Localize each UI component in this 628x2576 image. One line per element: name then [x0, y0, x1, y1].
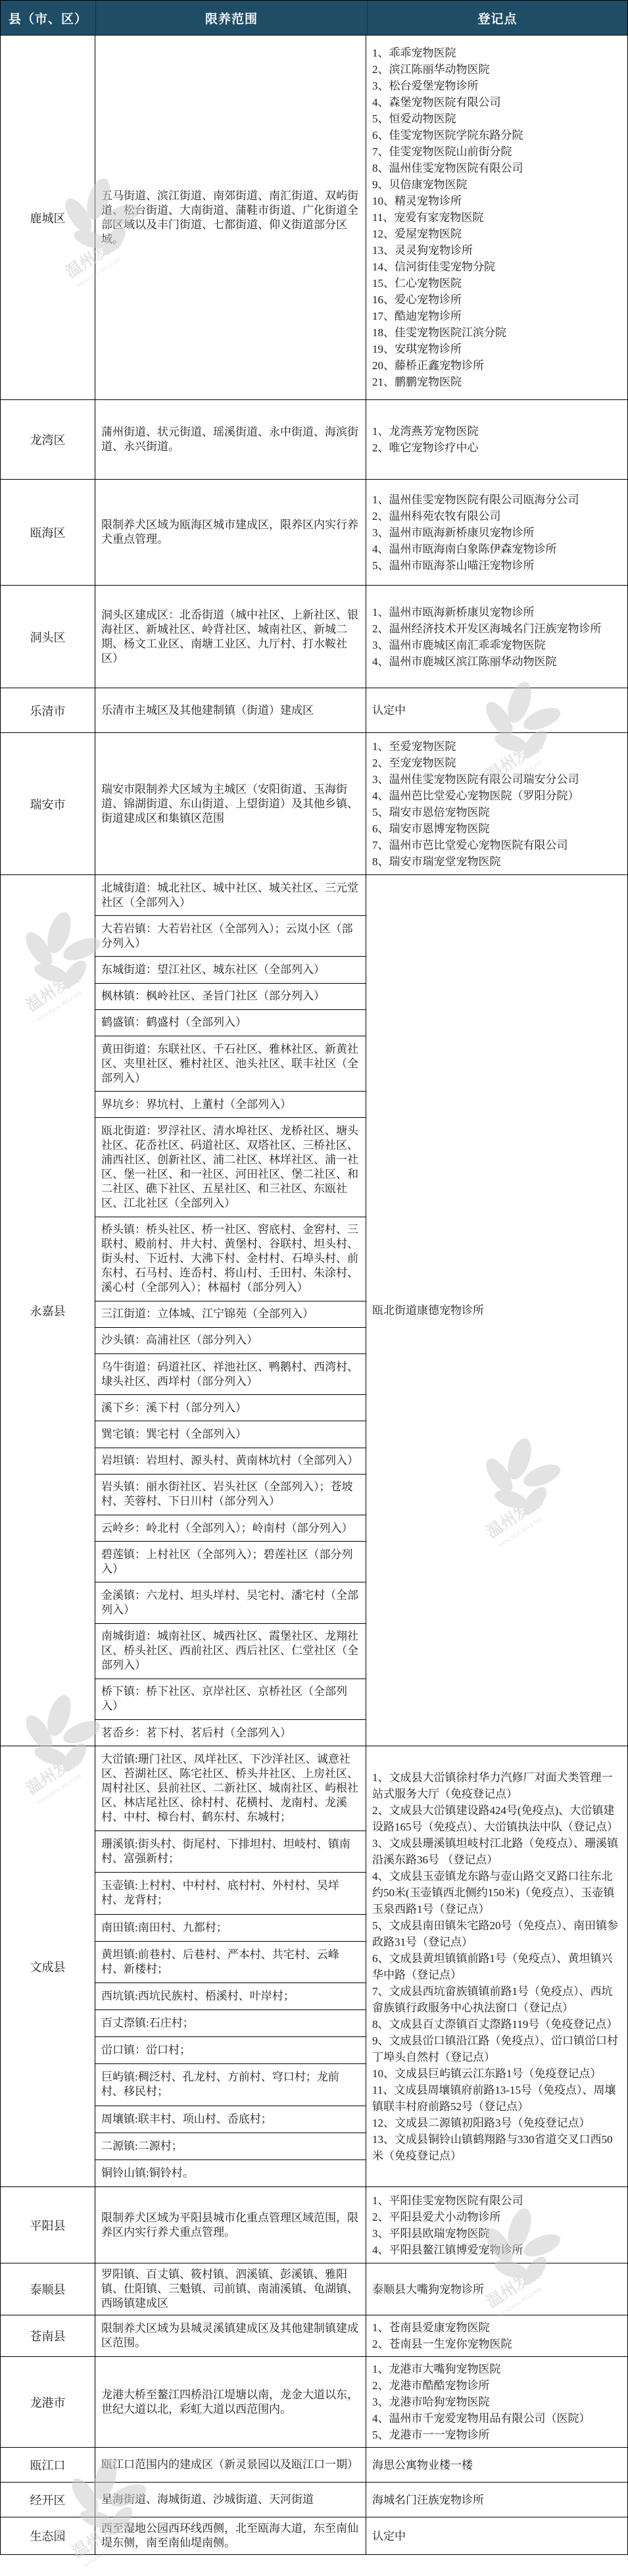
registration-point: 14、信河街佳雯宠物分院: [372, 259, 621, 275]
registration-point: 4、森堡宠物医院有限公司: [372, 94, 621, 111]
registration-point: 4、温州市鹿城区滨江陈丽华动物医院: [372, 653, 621, 670]
range-sub-text: 大若岩镇：大若岩社区（全部列入）；云岚小区（部分列入）: [101, 922, 360, 951]
registration-point: 18、佳雯宠物医院江滨分院: [372, 324, 621, 341]
registration-point: 10、精灵宠物诊所: [372, 193, 621, 209]
registration-point: 1、温州佳雯宠物医院有限公司瓯海分公司: [372, 492, 621, 508]
registration-point: 5、龙港市一一宠物诊所: [372, 2427, 621, 2443]
county-cell: 平阳县: [1, 2187, 95, 2263]
range-sub-text: 乌牛街道：码道社区、祥池社区、鸭鹅村、西湾村、埭头社区、西垟村（部分列入）: [101, 1360, 360, 1389]
points-cell: 1、龙湾燕芳宠物医院2、唯它宠物诊疗中心: [366, 400, 627, 479]
points-cell: 泰顺县大嘴狗宠物诊所: [366, 2263, 627, 2315]
registration-point: 4、平阳县鳌江镇博爱宠物诊所: [372, 2242, 621, 2258]
registration-point: 3、松台爱堡宠物诊所: [372, 78, 621, 94]
range-sub-cell: 黄坦镇:前巷村、后巷村、严本村、共宅村、云峰村、新楼村；: [95, 1942, 366, 1983]
range-cell: 北城街道：城北社区、城中社区、城关社区、三元堂社区（全部列入）大若岩镇：大若岩社…: [95, 875, 366, 1746]
range-sub-text: 桥下镇：桥下社区、京岸社区、京桥社区（全部列入）: [101, 1684, 360, 1713]
range-sub-text: 西坑镇:西坑民族村、梧溪村、叶岸村；: [101, 1989, 295, 2004]
registration-point: 3、龙港市哈狗宠物医院: [372, 2394, 621, 2410]
range-sub-cell: 西坑镇:西坑民族村、梧溪村、叶岸村；: [95, 1983, 366, 2010]
registration-point: 9、贝倍康宠物医院: [372, 176, 621, 193]
range-sub-text: 枫林镇：枫岭社区、圣旨门社区（部分列入）: [101, 989, 325, 1003]
range-text: 瓯江口范围内的建成区（新灵景园以及瓯江口一期）: [101, 2458, 360, 2472]
registration-point: 17、酷迪宠物诊所: [372, 308, 621, 324]
table-row: 鹿城区五马街道、滨江街道、南郊街道、南汇街道、双屿街道、松台街道、大南街道、蒲鞋…: [1, 36, 627, 400]
registration-point: 10、文成县巨屿镇云江东路1号（免疫登记点）: [372, 2065, 621, 2082]
range-sub-text: 北城街道：城北社区、城中社区、城关社区、三元堂社区（全部列入）: [101, 881, 360, 910]
range-sub-cell: 瓯北街道：罗浮社区、清水埠社区、龙桥社区、塘头社区、花岙社区、码道社区、双塔社区…: [95, 1118, 366, 1217]
registration-point: 认定中: [372, 702, 621, 719]
points-cell: 1、文成县大峃镇徐村华力汽修厂对面犬类管理一站式服务大厅（免疫登记点）2、文成县…: [366, 1746, 627, 2186]
table-row: 洞头区洞头区建成区：北岙街道（城中社区、上新社区、银海社区、新城社区、岭背社区、…: [1, 586, 627, 688]
range-text: 五马街道、滨江街道、南郊街道、南汇街道、双屿街道、松台街道、大南街道、蒲鞋市街道…: [101, 189, 360, 247]
range-sub-cell: 界坑乡：界坑村、上董村（全部列入）: [95, 1092, 366, 1118]
header-range: 限养范围: [96, 1, 368, 35]
registration-point: 4、温州芭比堂爱心宠物医院（罗阳分院）: [372, 788, 621, 804]
range-sub-text: 南田镇:南田村、九都村；: [101, 1921, 228, 1935]
range-sub-text: 碧莲镇：上村社区（全部列入）；碧莲社区（部分列入）: [101, 1548, 360, 1577]
range-sub-text: 南城街道：城南社区、城西社区、霞堡社区、龙翔社区、桥头社区、西前社区、西后社区、…: [101, 1629, 360, 1673]
range-sub-text: 玉壶镇:上村村、中村村、底村村、外村村、吴垟村、龙背村；: [101, 1879, 360, 1907]
points-cell: 1、至爱宠物医院2、至宠宠物医院3、温州佳雯宠物医院有限公司瑞安分公司4、温州芭…: [366, 733, 627, 874]
range-cell: 限制养犬区域为瓯海区城市建成区，限养区内实行养犬重点管理。: [95, 480, 366, 585]
range-sub-cell: 三江街道：立体城、江宁锦苑（全部列入）: [95, 1301, 366, 1328]
range-sub-cell: 铜铃山镇:铜铃村。: [95, 2160, 366, 2186]
range-sub-cell: 沙头镇：高浦社区（部分列入）: [95, 1328, 366, 1354]
range-sub-text: 鹤盛镇：鹤盛村（全部列入）: [101, 1015, 247, 1030]
table-row: 龙湾区蒲州街道、状元街道、瑶溪街道、永中街道、海滨街道、永兴街道。1、龙湾燕芳宠…: [1, 400, 627, 480]
range-cell: 瑞安市限制养犬区域为主城区（安阳街道、玉海街道、锦湖街道、东山街道、上望街道）及…: [95, 733, 366, 874]
registration-point: 5、恒爱动物医院: [372, 111, 621, 127]
registration-point: 8、瑞安市瑞宠堂宠物医院: [372, 853, 621, 870]
range-cell: 洞头区建成区：北岙街道（城中社区、上新社区、银海社区、新城社区、岭背社区、城南社…: [95, 586, 366, 688]
range-cell: 限制养犬区域为县城灵溪镇建成区及其他建制镇建成区范围。: [95, 2315, 366, 2356]
points-cell: 1、温州佳雯宠物医院有限公司瓯海分公司2、温州科苑农牧有限公司3、温州市瓯海新桥…: [366, 480, 627, 585]
table-row: 生态园西至湿地公园西环线西侧，北至瓯海大道，东至南仙堤东侧，南至南仙堤南侧。认定…: [1, 2517, 627, 2554]
points-cell: 瓯北街道康德宠物诊所: [366, 875, 627, 1746]
table-row: 苍南县限制养犬区域为县城灵溪镇建成区及其他建制镇建成区范围。1、苍南县爱康宠物医…: [1, 2315, 627, 2357]
registration-point: 2、平阳县爱犬小动物诊所: [372, 2209, 621, 2225]
registration-point: 12、文成县二源镇初阳路3号（免疫登记点）: [372, 2115, 621, 2131]
county-cell: 文成县: [1, 1746, 95, 2186]
registration-point: 2、至宠宠物医院: [372, 755, 621, 771]
registration-point: 11、宠爱有家宠物医院: [372, 209, 621, 226]
registration-point: 泰顺县大嘴狗宠物诊所: [372, 2281, 621, 2298]
points-cell: 海思公寓物业楼一楼: [366, 2448, 627, 2482]
registration-point: 5、温州市瓯海茶山喵汪宠物诊所: [372, 557, 621, 574]
range-text: 瑞安市限制养犬区域为主城区（安阳街道、玉海街道、锦湖街道、东山街道、上望街道）及…: [101, 782, 360, 826]
registration-point: 3、温州市瓯海新桥康贝宠物诊所: [372, 524, 621, 541]
header-county: 县（市、区）: [1, 1, 96, 35]
range-text: 蒲州街道、状元街道、瑶溪街道、永中街道、海滨街道、永兴街道。: [101, 425, 360, 454]
registration-point: 13、文成县铜铃山镇鹤翔路与330省道交叉口西50米（免疫登记点）: [372, 2131, 621, 2164]
range-sub-cell: 桥下镇：桥下社区、京岸社区、京桥社区（全部列入）: [95, 1679, 366, 1720]
range-sub-text: 巨屿镇:稠泛村、孔龙村、方前村、穹口村；龙前村、移民村；: [101, 2070, 360, 2099]
county-cell: 苍南县: [1, 2315, 95, 2356]
range-text: 限制养犬区域为瓯海区城市建成区，限养区内实行养犬重点管理。: [101, 518, 360, 547]
range-text: 星海街道、海城街道、沙城街道、天河街道: [101, 2492, 360, 2507]
range-sub-cell: 黄田街道：东联社区、千石社区、雅林社区、新黄社区、夹里社区、雅村社区、池头社区、…: [95, 1036, 366, 1092]
county-cell: 乐清市: [1, 688, 95, 732]
range-sub-cell: 二源镇:二源村；: [95, 2133, 366, 2160]
range-cell: 龙港大桥至鳌江四桥沿江堤塘以南，龙金大道以东，世纪大道以北，彩虹大道以西范围内。: [95, 2357, 366, 2447]
range-sub-text: 桥头镇：桥头社区、桥一社区、窖底村、金窖村、三联村、殿前村、井大村、黄堡村、谷联…: [101, 1223, 360, 1295]
range-sub-cell: 金溪镇：六龙村、坦头垟村、吴宅村、潘宅村（全部列入）: [95, 1582, 366, 1623]
points-cell: 海城名门汪族宠物诊所: [366, 2483, 627, 2517]
range-sub-cell: 峃口镇：峃口村；: [95, 2037, 366, 2064]
registration-point: 海思公寓物业楼一楼: [372, 2457, 621, 2473]
range-sub-text: 溪下乡：溪下村（部分列入）: [101, 1401, 247, 1415]
range-sub-text: 东城街道：望江社区、城东社区（全部列入）: [101, 963, 325, 977]
registration-point: 1、苍南县爱康宠物医院: [372, 2319, 621, 2336]
range-sub-cell: 碧莲镇：上村社区（全部列入）；碧莲社区（部分列入）: [95, 1542, 366, 1582]
range-sub-text: 黄坦镇:前巷村、后巷村、严本村、共宅村、云峰村、新楼村；: [101, 1948, 360, 1977]
range-sub-cell: 茗岙乡：茗下村、茗后村（全部列入）: [95, 1720, 366, 1746]
points-cell: 1、苍南县爱康宠物医院2、苍南县一生宠你宠物医院: [366, 2315, 627, 2356]
range-sub-text: 大峃镇:珊门社区、凤垟社区、下沙洋社区、诚意社区、苔湖社区、陈宅社区、桥头井社区…: [101, 1752, 360, 1825]
range-sub-text: 岩头镇：丽水街社区、岩头社区（全部列入）；苍坡村、芙蓉村、下日川村（部分列入）: [101, 1480, 360, 1509]
registration-point: 1、文成县大峃镇徐村华力汽修厂对面犬类管理一站式服务大厅（免疫登记点）: [372, 1769, 621, 1802]
range-sub-cell: 岩坦镇：岩坦村、源头村、黄南林坑村（全部列入）: [95, 1448, 366, 1475]
range-sub-text: 铜铃山镇:铜铃村。: [101, 2166, 194, 2181]
registration-point: 1、平阳佳雯宠物医院有限公司: [372, 2192, 621, 2209]
range-sub-text: 云岭乡：岭北村（全部列入）；岭南村（部分列入）: [101, 1521, 353, 1536]
dog-restriction-table: 县（市、区） 限养范围 登记点 鹿城区五马街道、滨江街道、南郊街道、南汇街道、双…: [0, 0, 628, 2555]
range-sub-cell: 巨屿镇:稠泛村、孔龙村、方前村、穹口村；龙前村、移民村；: [95, 2064, 366, 2106]
registration-point: 5、文成县南田镇朱宅路20号（免疫点）、南田镇参政路31号（登记点）: [372, 1917, 621, 1950]
registration-point: 4、文成县玉壶镇龙东路与壶山路交叉路口往东北约50米(玉壶镇西北侧约150米)（…: [372, 1868, 621, 1917]
range-cell: 西至湿地公园西环线西侧，北至瓯海大道，东至南仙堤东侧，南至南仙堤南侧。: [95, 2517, 366, 2554]
range-sub-cell: 南城街道：城南社区、城西社区、霞堡社区、龙翔社区、桥头社区、西前社区、西后社区、…: [95, 1624, 366, 1679]
registration-point: 7、温州市芭比堂爱心宠物医院有限公司: [372, 837, 621, 853]
range-sub-text: 金溪镇：六龙村、坦头垟村、吴宅村、潘宅村（全部列入）: [101, 1588, 360, 1617]
range-cell: 限制养犬区域为平阳县城市化重点管理区域范围，限养区内实行养犬重点管理。: [95, 2187, 366, 2263]
registration-point: 2、苍南县一生宠你宠物医院: [372, 2336, 621, 2352]
range-sub-cell: 桥头镇：桥头社区、桥一社区、窖底村、金窖村、三联村、殿前村、井大村、黄堡村、谷联…: [95, 1217, 366, 1301]
range-sub-cell: 云岭乡：岭北村（全部列入）；岭南村（部分列入）: [95, 1515, 366, 1542]
range-sub-cell: 巽宅镇：巽宅村（全部列入）: [95, 1421, 366, 1448]
range-text: 龙港大桥至鳌江四桥沿江堤塘以南，龙金大道以东，世纪大道以北，彩虹大道以西范围内。: [101, 2388, 360, 2417]
registration-point: 1、乖乖宠物医院: [372, 45, 621, 61]
points-cell: 1、平阳佳雯宠物医院有限公司2、平阳县爱犬小动物诊所3、平阳县欧瑞宠物医院4、平…: [366, 2187, 627, 2263]
range-sub-text: 周壤镇:联丰村、项山村、岙底村；: [101, 2112, 272, 2127]
range-cell: 大峃镇:珊门社区、凤垟社区、下沙洋社区、诚意社区、苔湖社区、陈宅社区、桥头井社区…: [95, 1746, 366, 2186]
table-row: 永嘉县北城街道：城北社区、城中社区、城关社区、三元堂社区（全部列入）大若岩镇：大…: [1, 875, 627, 1746]
range-sub-text: 三江街道：立体城、江宁锦苑（全部列入）: [101, 1307, 314, 1321]
range-sub-text: 黄田街道：东联社区、千石社区、雅林社区、新黄社区、夹里社区、雅村社区、池头社区、…: [101, 1042, 360, 1086]
range-text: 洞头区建成区：北岙街道（城中社区、上新社区、银海社区、新城社区、岭背社区、城南社…: [101, 608, 360, 666]
range-sub-cell: 北城街道：城北社区、城中社区、城关社区、三元堂社区（全部列入）: [95, 875, 366, 916]
range-sub-cell: 百丈漈镇:石庄村；: [95, 2010, 366, 2037]
range-sub-text: 沙头镇：高浦社区（部分列入）: [101, 1333, 258, 1348]
range-sub-text: 二源镇:二源村；: [101, 2139, 183, 2154]
registration-point: 20、藤桥正鑫宠物诊所: [372, 357, 621, 374]
header-points: 登记点: [368, 1, 627, 35]
range-sub-text: 珊溪镇:街头村、街尾村、下排坦村、坦岐村、镇南村、富强新村；: [101, 1837, 360, 1866]
registration-point: 13、灵灵狗宠物诊所: [372, 242, 621, 259]
range-cell: 罗阳镇、百丈镇、筱村镇、泗溪镇、彭溪镇、雅阳镇、仕阳镇、三魁镇、司前镇、南浦溪镇…: [95, 2263, 366, 2315]
range-text: 限制养犬区域为平阳县城市化重点管理区域范围，限养区内实行养犬重点管理。: [101, 2211, 360, 2240]
county-cell: 鹿城区: [1, 36, 95, 399]
range-sub-cell: 枫林镇：枫岭社区、圣旨门社区（部分列入）: [95, 984, 366, 1010]
registration-point: 1、龙港市大嘴狗宠物医院: [372, 2361, 621, 2377]
points-cell: 认定中: [366, 2517, 627, 2554]
range-sub-cell: 溪下乡：溪下村（部分列入）: [95, 1395, 366, 1421]
registration-point: 3、温州市鹿城区南汇乖乖宠物医院: [372, 637, 621, 653]
county-cell: 龙湾区: [1, 400, 95, 479]
registration-point: 21、鹏鹏宠物医院: [372, 374, 621, 390]
range-sub-cell: 玉壶镇:上村村、中村村、底村村、外村村、吴垟村、龙背村；: [95, 1873, 366, 1914]
points-cell: 1、温州市瓯海新桥康贝宠物诊所2、温州经济技术开发区海城名门汪族宠物诊所3、温州…: [366, 586, 627, 688]
county-cell: 洞头区: [1, 586, 95, 688]
range-cell: 五马街道、滨江街道、南郊街道、南汇街道、双屿街道、松台街道、大南街道、蒲鞋市街道…: [95, 36, 366, 399]
range-sub-text: 峃口镇：峃口村；: [101, 2043, 191, 2058]
range-cell: 星海街道、海城街道、沙城街道、天河街道: [95, 2483, 366, 2517]
points-cell: 认定中: [366, 688, 627, 732]
registration-point: 海城名门汪族宠物诊所: [372, 2492, 621, 2508]
registration-point: 2、温州经济技术开发区海城名门汪族宠物诊所: [372, 620, 621, 637]
registration-point: 瓯北街道康德宠物诊所: [372, 1302, 621, 1319]
range-sub-cell: 大若岩镇：大若岩社区（全部列入）；云岚小区（部分列入）: [95, 916, 366, 957]
points-cell: 1、乖乖宠物医院2、滨江陈丽华动物医院3、松台爱堡宠物诊所4、森堡宠物医院有限公…: [366, 36, 627, 399]
range-sub-text: 瓯北街道：罗浮社区、清水埠社区、龙桥社区、塘头社区、花岙社区、码道社区、双塔社区…: [101, 1124, 360, 1211]
registration-point: 4、温州市千宠爱宠物用品有限公司（医院）: [372, 2410, 621, 2427]
registration-point: 5、瑞安市恩倍宠物医院: [372, 804, 621, 821]
range-sub-text: 界坑乡：界坑村、上董村（全部列入）: [101, 1098, 291, 1112]
registration-point: 2、文成县大峃镇建设路424号(免疫点)、大峃镇建设路165号（免疫点）、大峃镇…: [372, 1802, 621, 1835]
registration-point: 4、温州市瓯海南白象陈伊森宠物诊所: [372, 541, 621, 557]
range-sub-cell: 东城街道：望江社区、城东社区（全部列入）: [95, 957, 366, 983]
range-text: 乐清市主城区及其他建制镇（街道）建成区: [101, 703, 360, 718]
registration-point: 16、爱心宠物诊所: [372, 291, 621, 308]
registration-point: 6、佳雯宠物医院学院东路分院: [372, 127, 621, 143]
county-cell: 瓯海区: [1, 480, 95, 585]
registration-point: 19、安琪宠物诊所: [372, 341, 621, 357]
registration-point: 3、平阳县欧瑞宠物医院: [372, 2225, 621, 2242]
range-sub-cell: 珊溪镇:街头村、街尾村、下排坦村、坦岐村、镇南村、富强新村；: [95, 1831, 366, 1873]
range-sub-cell: 乌牛街道：码道社区、祥池社区、鸭鹅村、西湾村、埭头社区、西垟村（部分列入）: [95, 1354, 366, 1395]
county-cell: 瓯江口: [1, 2448, 95, 2482]
table-row: 泰顺县罗阳镇、百丈镇、筱村镇、泗溪镇、彭溪镇、雅阳镇、仕阳镇、三魁镇、司前镇、南…: [1, 2263, 627, 2315]
range-sub-text: 岩坦镇：岩坦村、源头村、黄南林坑村（全部列入）: [101, 1453, 358, 1468]
table-row: 文成县大峃镇:珊门社区、凤垟社区、下沙洋社区、诚意社区、苔湖社区、陈宅社区、桥头…: [1, 1746, 627, 2187]
table-row: 经开区星海街道、海城街道、沙城街道、天河街道海城名门汪族宠物诊所: [1, 2483, 627, 2517]
range-sub-cell: 大峃镇:珊门社区、凤垟社区、下沙洋社区、诚意社区、苔湖社区、陈宅社区、桥头井社区…: [95, 1746, 366, 1831]
registration-point: 9、文成县峃口镇沿江路（免疫点）、峃口镇峃口村丁埠头自然村（登记点）: [372, 2033, 621, 2065]
registration-point: 2、温州科苑农牧有限公司: [372, 508, 621, 524]
range-text: 限制养犬区域为县城灵溪镇建成区及其他建制镇建成区范围。: [101, 2321, 360, 2350]
range-text: 西至湿地公园西环线西侧，北至瓯海大道，东至南仙堤东侧，南至南仙堤南侧。: [101, 2521, 360, 2550]
registration-point: 1、温州市瓯海新桥康贝宠物诊所: [372, 604, 621, 620]
range-text: 罗阳镇、百丈镇、筱村镇、泗溪镇、彭溪镇、雅阳镇、仕阳镇、三魁镇、司前镇、南浦溪镇…: [101, 2267, 360, 2311]
registration-point: 2、滨江陈丽华动物医院: [372, 61, 621, 78]
registration-point: 认定中: [372, 2528, 621, 2544]
table-row: 乐清市乐清市主城区及其他建制镇（街道）建成区认定中: [1, 688, 627, 733]
county-cell: 永嘉县: [1, 875, 95, 1746]
range-sub-cell: 鹤盛镇：鹤盛村（全部列入）: [95, 1010, 366, 1036]
registration-point: 6、瑞安市恩博宠物医院: [372, 821, 621, 837]
range-cell: 乐清市主城区及其他建制镇（街道）建成区: [95, 688, 366, 732]
range-sub-cell: 周壤镇:联丰村、项山村、岙底村；: [95, 2106, 366, 2133]
registration-point: 7、文成县西坑畲族镇镇前路1号（免疫点）、西坑畲族镇行政服务中心执法窗口（登记点…: [372, 1983, 621, 2016]
range-cell: 蒲州街道、状元街道、瑶溪街道、永中街道、海滨街道、永兴街道。: [95, 400, 366, 479]
registration-point: 1、至爱宠物医院: [372, 738, 621, 755]
registration-point: 3、温州佳雯宠物医院有限公司瑞安分公司: [372, 771, 621, 788]
range-cell: 瓯江口范围内的建成区（新灵景园以及瓯江口一期）: [95, 2448, 366, 2482]
registration-point: 11、文成县周壤镇府前路13-15号（免疫点）、周壤镇联丰村府前路52号（登记点…: [372, 2082, 621, 2115]
registration-point: 8、温州佳雯宠物医院有限公司: [372, 160, 621, 176]
registration-point: 7、佳雯宠物医院山前街分院: [372, 143, 621, 160]
range-sub-cell: 岩头镇：丽水街社区、岩头社区（全部列入）；苍坡村、芙蓉村、下日川村（部分列入）: [95, 1475, 366, 1515]
range-sub-text: 茗岙乡：茗下村、茗后村（全部列入）: [101, 1726, 291, 1740]
registration-point: 8、文成县百丈漈镇百丈漈路119号（免疫登记点）: [372, 2016, 621, 2033]
table-header-row: 县（市、区） 限养范围 登记点: [1, 1, 627, 36]
registration-point: 12、爱屋宠物医院: [372, 226, 621, 242]
range-sub-cell: 南田镇:南田村、九都村；: [95, 1915, 366, 1942]
registration-point: 3、文成县珊溪镇坦岐村江北路（免疫点）、珊溪镇沿溪东路36号 （登记点）: [372, 1835, 621, 1868]
points-cell: 1、龙港市大嘴狗宠物医院2、龙港市酷酷宠物诊所3、龙港市哈狗宠物医院4、温州市千…: [366, 2357, 627, 2447]
table-row: 瓯海区限制养犬区域为瓯海区城市建成区，限养区内实行养犬重点管理。1、温州佳雯宠物…: [1, 480, 627, 586]
registration-point: 1、龙湾燕芳宠物医院: [372, 423, 621, 440]
range-sub-text: 百丈漈镇:石庄村；: [101, 2016, 194, 2031]
table-row: 龙港市龙港大桥至鳌江四桥沿江堤塘以南，龙金大道以东，世纪大道以北，彩虹大道以西范…: [1, 2357, 627, 2448]
registration-point: 6、文成县黄坦镇镇前路1号（免疫点）、黄坦镇兴华中路（登记点）: [372, 1950, 621, 1983]
range-sub-text: 巽宅镇：巽宅村（全部列入）: [101, 1427, 247, 1442]
registration-point: 15、仁心宠物医院: [372, 275, 621, 291]
page: 县（市、区） 限养范围 登记点 鹿城区五马街道、滨江街道、南郊街道、南汇街道、双…: [0, 0, 628, 2555]
table-body: 鹿城区五马街道、滨江街道、南郊街道、南汇街道、双屿街道、松台街道、大南街道、蒲鞋…: [1, 36, 627, 2554]
registration-point: 2、龙港市酷酷宠物诊所: [372, 2377, 621, 2394]
county-cell: 生态园: [1, 2517, 95, 2554]
table-row: 平阳县限制养犬区域为平阳县城市化重点管理区域范围，限养区内实行养犬重点管理。1、…: [1, 2187, 627, 2263]
county-cell: 泰顺县: [1, 2263, 95, 2315]
county-cell: 龙港市: [1, 2357, 95, 2447]
county-cell: 瑞安市: [1, 733, 95, 874]
county-cell: 经开区: [1, 2483, 95, 2517]
registration-point: 2、唯它宠物诊疗中心: [372, 440, 621, 456]
table-row: 瓯江口瓯江口范围内的建成区（新灵景园以及瓯江口一期）海思公寓物业楼一楼: [1, 2448, 627, 2483]
table-row: 瑞安市瑞安市限制养犬区域为主城区（安阳街道、玉海街道、锦湖街道、东山街道、上望街…: [1, 733, 627, 875]
